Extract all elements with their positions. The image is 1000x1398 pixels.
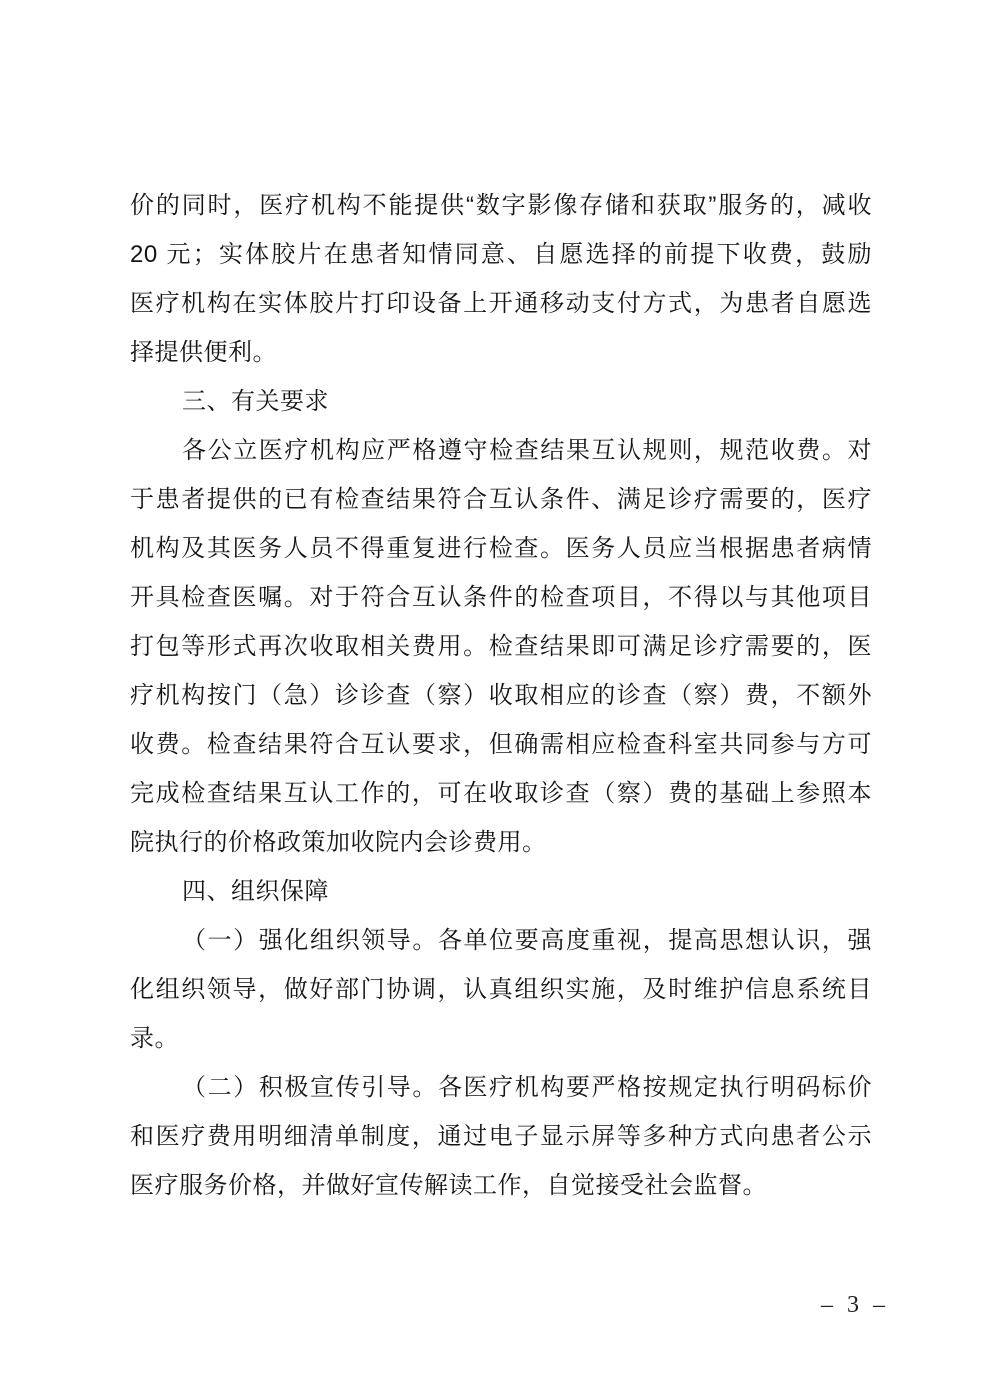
text-line: 和医疗费用明细清单制度，通过电子显示屏等多种方式向患者公示 — [130, 1112, 872, 1161]
text-line: 完成检查结果互认工作的，可在收取诊查（察）费的基础上参照本 — [130, 769, 872, 818]
text-line: （一）强化组织领导。各单位要高度重视，提高思想认识，强 — [130, 916, 872, 965]
text-line: 各公立医疗机构应严格遵守检查结果互认规则，规范收费。对 — [130, 426, 872, 475]
text-line: 医疗机构在实体胶片打印设备上开通移动支付方式，为患者自愿选 — [130, 279, 872, 328]
text-line: 院执行的价格政策加收院内会诊费用。 — [130, 818, 872, 867]
text-line: 化组织领导，做好部门协调，认真组织实施，及时维护信息系统目 — [130, 965, 872, 1014]
section-3-heading: 三、有关要求 — [130, 377, 872, 426]
document-body: 价的同时，医疗机构不能提供“数字影像存储和获取”服务的，减收 20 元；实体胶片… — [130, 181, 872, 1210]
document-page: 价的同时，医疗机构不能提供“数字影像存储和获取”服务的，减收 20 元；实体胶片… — [0, 0, 1000, 1398]
text-line: 开具检查医嘱。对于符合互认条件的检查项目，不得以与其他项目 — [130, 573, 872, 622]
text-line: 录。 — [130, 1014, 872, 1063]
text-line: 收费。检查结果符合互认要求，但确需相应检查科室共同参与方可 — [130, 720, 872, 769]
section-4-heading: 四、组织保障 — [130, 867, 872, 916]
text-line: 打包等形式再次收取相关费用。检查结果即可满足诊疗需要的，医 — [130, 622, 872, 671]
text-line: 机构及其医务人员不得重复进行检查。医务人员应当根据患者病情 — [130, 524, 872, 573]
text-line: 20 元；实体胶片在患者知情同意、自愿选择的前提下收费，鼓励 — [130, 230, 872, 279]
text-line: 于患者提供的已有检查结果符合互认条件、满足诊疗需要的，医疗 — [130, 475, 872, 524]
page-number: – 3 – — [800, 1288, 910, 1322]
text-line: 择提供便利。 — [130, 328, 872, 377]
text-line: 疗机构按门（急）诊诊查（察）收取相应的诊查（察）费，不额外 — [130, 671, 872, 720]
text-line: （二）积极宣传引导。各医疗机构要严格按规定执行明码标价 — [130, 1063, 872, 1112]
text-line: 医疗服务价格，并做好宣传解读工作，自觉接受社会监督。 — [130, 1161, 872, 1210]
text-line: 价的同时，医疗机构不能提供“数字影像存储和获取”服务的，减收 — [130, 181, 872, 230]
